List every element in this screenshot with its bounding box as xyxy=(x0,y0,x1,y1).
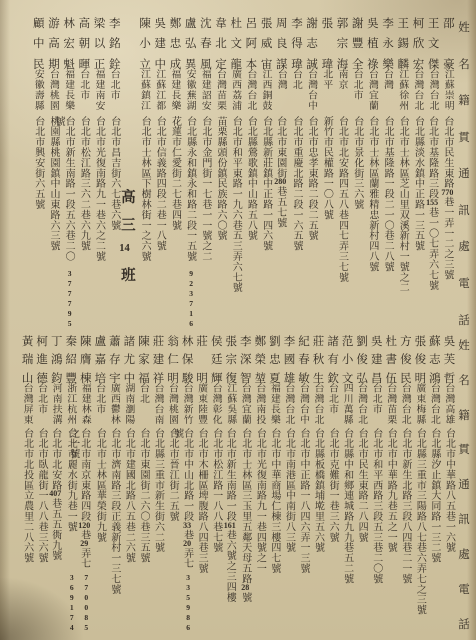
entry-name-char: 謝 xyxy=(301,17,316,29)
entry-name-char: 杜 xyxy=(381,335,396,347)
entry-origin: 廣西荔浦 xyxy=(225,69,240,116)
entry-name-char: 麟 xyxy=(392,58,407,70)
entry-address: 台北市金門街一七巷一一號之二 xyxy=(195,116,210,262)
entry-name-char: 成 xyxy=(164,58,179,70)
entry-name-char: 書 xyxy=(381,353,396,365)
entry-name: 諸尤中 xyxy=(119,335,134,383)
entry-name: 諸有欽 xyxy=(323,335,338,383)
entry-name-char: 郭 xyxy=(331,17,346,29)
entry-origin: 江蘇鎮江 xyxy=(134,69,149,116)
inline-number: 28 xyxy=(241,584,249,592)
entry-origin: 河南扶溝 xyxy=(46,383,61,428)
entry-origin: 四川萬縣 xyxy=(337,383,352,428)
entry-name-char: 方 xyxy=(395,335,410,347)
entry-name-char: 俊 xyxy=(352,353,367,365)
entry-name-char: 文 xyxy=(225,37,240,49)
entry-name-char: 鄭 xyxy=(250,335,265,347)
entry-address: 台北市和平東路一九六巷五三弄六七號 xyxy=(225,116,240,293)
entry-name-char: 德 xyxy=(32,372,47,384)
entry-name: 蕭存宇 xyxy=(104,335,119,383)
header-char: 處 xyxy=(453,548,468,560)
header-char: 電 xyxy=(453,583,468,595)
header-char: 通 xyxy=(453,167,468,179)
entry-name-char: 劉 xyxy=(352,335,367,347)
entry-name-char: 忠 xyxy=(164,37,179,49)
directory-entry: 林保駿台灣新竹台北市中山北路一段33巷20弄七號335986 xyxy=(177,335,192,635)
class-marker-suffix: 班 xyxy=(119,267,134,282)
entry-origin: 台灣台北 xyxy=(352,383,367,428)
entry-name-char: 得 xyxy=(286,37,301,49)
entry-name-char: 祿 xyxy=(362,58,377,70)
entry-name: 杜書伍 xyxy=(381,335,396,383)
entry-name: 高朝暉 xyxy=(73,17,88,69)
entry-name-char: 邵 xyxy=(438,17,453,29)
entry-name-char: 存 xyxy=(104,353,119,365)
inline-number: 407 xyxy=(49,490,61,498)
entry-address: 台北市昌吉街六七巷六號 xyxy=(104,116,119,230)
entry-name: 莊秋生 xyxy=(308,335,323,383)
entry-name-char: 秦 xyxy=(61,335,76,347)
directory-entry: 李永樂台灣台北市基隆路一段二一〇巷二八號 xyxy=(377,17,392,331)
entry-address: 台北市北安路四五八巷四七弄三七號 xyxy=(331,116,346,282)
entry-address: 台北縣三重市三陽路八七巷六弄七之三號 xyxy=(410,428,425,615)
entry-address: 台北市克難街一巷三六號 xyxy=(323,428,338,542)
entry-address: 台北縣淡水鎮中正路一三五號 xyxy=(407,116,422,251)
entry-name: 陳家福 xyxy=(133,335,148,383)
entry-name-char: 國 xyxy=(279,353,294,365)
entry-name-char: 高 xyxy=(43,37,58,49)
entry-origin: 台灣台北 xyxy=(279,383,294,428)
entry-origin: 台灣台北 xyxy=(395,383,410,428)
entry-name-char: 夏 xyxy=(264,372,279,384)
entry-name-char: 鴻 xyxy=(424,372,439,384)
entry-name-char: 宗 xyxy=(331,37,346,49)
entry-name-char: 風 xyxy=(195,58,210,70)
entry-name-char: 駿 xyxy=(177,372,192,384)
entry-origin: 廣東梅縣 xyxy=(410,383,425,428)
entry-name-char: 瑋 xyxy=(286,58,301,70)
entry-name-char: 莊 xyxy=(308,335,323,347)
entry-address: 台北縣中和鄉連城路九九巷五二號 xyxy=(337,428,352,584)
directory-entry: 顧中民安徽壽縣台北市興安街六五號 xyxy=(28,17,43,331)
entry-name-char: 俊 xyxy=(395,353,410,365)
entry-name-char: 建 xyxy=(148,353,163,365)
entry-name-char: 謝 xyxy=(347,17,362,29)
entry-name-char: 紹 xyxy=(61,353,76,365)
entry-name-char: 錫 xyxy=(392,37,407,49)
directory-entry: 張宗復江蘇吳縣台北市新生南路一段161巷六號之三四樓 xyxy=(221,335,236,635)
entry-origin: 北平 xyxy=(316,69,331,116)
entry-name: 郭宗海 xyxy=(331,17,346,69)
header-char: 訊 xyxy=(453,513,468,525)
entry-name-char: 魁 xyxy=(58,58,73,70)
entry-name: 林保駿 xyxy=(177,335,192,383)
directory-band-top: 姓名籍貫通訊處電話邵豪江蘇崇明台北市民生東路770巷一弄一二之三號王文傑台灣台北… xyxy=(28,17,468,331)
entry-name-char: 進 xyxy=(32,353,47,365)
entry-origin: 安徽蕪湖 xyxy=(179,69,194,116)
entry-origin: 台灣高雄 xyxy=(439,383,454,428)
entry-address: 台北市民生東路二八四號 xyxy=(352,428,367,542)
entry-name-char: 有 xyxy=(323,353,338,365)
entry-name: 吳植祿 xyxy=(362,17,377,69)
entry-name-char: 林 xyxy=(58,17,73,29)
entry-name-char: 游 xyxy=(43,17,58,29)
inline-number: 770 xyxy=(441,189,453,197)
directory-entry: 李國雄台灣台北台北市南港區中南街八三號 xyxy=(279,335,294,635)
entry-name-char: 宙 xyxy=(255,58,270,70)
entry-name-char: 朝 xyxy=(73,37,88,49)
directory-entry: 吳建昌台北市台北市和平西路三段五三巷二〇號 xyxy=(366,335,381,635)
entry-address: 台北市中華路九巷五之一號 xyxy=(381,428,396,553)
entry-name-char: 王 xyxy=(392,17,407,29)
entry-name-char: 異 xyxy=(179,58,194,70)
directory-entry: 劉俊弘台灣台北台北市民生東路二八四號 xyxy=(352,335,367,635)
entry-name-char: 春 xyxy=(293,353,308,365)
directory-entry: 邵豪江蘇崇明台北市民生東路770巷一弄一二之三號 xyxy=(438,17,453,331)
entry-name: 邵豪 xyxy=(438,17,453,69)
entry-name-char: 盧 xyxy=(179,17,194,29)
entry-name: 范小文 xyxy=(337,335,352,383)
directory-entry: 王文傑台灣台北台北市基隆路三段155巷一〇七弄六七號 xyxy=(422,17,437,331)
entry-origin: 福建長樂 xyxy=(164,69,179,116)
entry-name: 張威宙 xyxy=(255,17,270,69)
entry-name-char: 雄 xyxy=(279,372,294,384)
entry-origin: 台北 xyxy=(133,383,148,428)
entry-name-char: 榮 xyxy=(250,353,265,365)
entry-name: 吳芙哲 xyxy=(439,335,454,383)
header-char: 貫 xyxy=(453,131,468,143)
entry-name: 周良謀 xyxy=(271,17,286,69)
entry-phone: 335986 xyxy=(177,573,192,635)
entry-name-char: 陳 xyxy=(134,17,149,29)
entry-name: 劉俊弘 xyxy=(352,335,367,383)
entry-name: 謝豐全 xyxy=(347,17,362,69)
entry-name-char: 宏 xyxy=(58,37,73,49)
entry-name-char: 宇 xyxy=(104,372,119,384)
directory-entry: 范小文四川萬縣台北縣中和鄉連城路九九巷五二號 xyxy=(337,335,352,635)
directory-entry: 李得瑋台北台北市重慶北路二段一六五號 xyxy=(286,17,301,331)
entry-name: 韋北定 xyxy=(210,17,225,69)
entry-name: 張瑋 xyxy=(316,17,331,69)
entry-address: 台北市晉江街二五號 xyxy=(163,428,178,522)
entry-name-char: 韋 xyxy=(210,17,225,29)
entry-name-char: 誠 xyxy=(301,58,316,70)
entry-name-char: 生 xyxy=(308,372,323,384)
entry-name-char: 智 xyxy=(235,372,250,384)
entry-name: 謝志誠 xyxy=(301,17,316,69)
entry-name-char: 蘇 xyxy=(424,335,439,347)
entry-name-char: 廷 xyxy=(206,353,221,365)
entry-origin: 台北市 xyxy=(73,69,88,116)
entry-name-char: 周 xyxy=(271,17,286,29)
entry-name: 游高期 xyxy=(43,17,58,69)
entry-origin: 台灣台北 xyxy=(308,383,323,428)
entry-address: 台北市中山北路一段33巷20弄七號 xyxy=(177,428,192,573)
directory-entry: 侯廷輝台灣彰化台北市松江路一八八巷七號 xyxy=(206,335,221,635)
entry-origin: 台灣屏東 xyxy=(17,383,32,428)
entry-address: 台北市士林區芝山里双溪新村一號之二 xyxy=(392,116,407,293)
header-char: 名 xyxy=(453,374,468,386)
entry-origin: 台灣台北 xyxy=(424,383,439,428)
class-marker-char: 三 xyxy=(119,217,134,232)
entry-name-char: 謀 xyxy=(271,58,286,70)
column-header: 姓名籍貫通訊處電話 xyxy=(453,17,468,331)
entry-origin: 台灣台北 xyxy=(422,69,437,116)
directory-entry: 諸尤中湖南瀏陽台北市建國北路八五巷二六號 xyxy=(119,335,134,635)
entry-name: 劉忠夏 xyxy=(264,335,279,383)
entry-name-char: 梁 xyxy=(88,17,103,29)
entry-name-char: 李 xyxy=(235,335,250,347)
entry-name: 李銘銓 xyxy=(104,17,119,69)
entry-name-char: 忠 xyxy=(264,353,279,365)
entry-name-char: 祥 xyxy=(148,372,163,384)
entry-name-char: 北 xyxy=(210,37,225,49)
entry-name-char: 沈 xyxy=(195,17,210,29)
entry-address: 台北縣汐止鎮大同路一三二號 xyxy=(424,428,439,563)
entry-name-char: 明 xyxy=(163,372,178,384)
entry-name-char: 定 xyxy=(210,58,225,70)
entry-name-char: 中 xyxy=(119,372,134,384)
entry-origin: 福建林森 xyxy=(75,383,90,428)
entry-name: 盧嘉培 xyxy=(90,335,105,383)
entry-address: 台北市士林區蘭雅精忠新村四八號 xyxy=(362,116,377,272)
entry-name-char: 吳 xyxy=(149,17,164,29)
entry-name: 秦紹豐 xyxy=(61,335,76,383)
entry-name-char: 鈞 xyxy=(46,372,61,384)
entry-origin: 台北市 xyxy=(32,383,47,428)
entry-name-char: 保 xyxy=(177,353,192,365)
entry-address: 台北縣板橋鎮埔墘里五六號 xyxy=(308,428,323,553)
entry-name: 柯進德 xyxy=(32,335,47,383)
entry-name-char: 建 xyxy=(149,37,164,49)
entry-name-char: 豪 xyxy=(438,58,453,70)
entry-address: 台北市士林區華榮街九號 xyxy=(90,428,105,542)
entry-name-char: 龍 xyxy=(225,58,240,70)
directory-entry: 秦紹豐浙江杭州台北市麗水街九巷一號369174 xyxy=(61,335,76,635)
entry-name-char: 弘 xyxy=(179,37,194,49)
entry-origin: 江西銅鼓 xyxy=(255,69,270,116)
entry-address: 台北市臥龍街一八八巷三六號 xyxy=(32,428,47,563)
entry-name-char: 正 xyxy=(88,58,103,70)
entry-address: 台北市木柵區埤腹路八四巷三號 xyxy=(192,428,207,574)
entry-name-char: 傑 xyxy=(422,58,437,70)
entry-origin: 台灣台中 xyxy=(301,69,316,116)
entry-name-char: 李 xyxy=(377,17,392,29)
entry-name-char: 豐 xyxy=(61,372,76,384)
directory-entry: 陳小立江蘇鎮江台北市士林區下樹林街一之六號 xyxy=(134,17,149,331)
entry-address: 台北市松江路三六二巷六九號 xyxy=(73,116,88,251)
entry-name-char: 小 xyxy=(337,353,352,365)
entry-name-char: 蕭 xyxy=(104,335,119,347)
entry-name-char: 李 xyxy=(279,335,294,347)
entry-name: 鄭忠成 xyxy=(164,17,179,69)
directory-entry: 郭宗海南京台北市北安路四五八巷四七弄三七號 xyxy=(331,17,346,331)
entry-origin: 江蘇崇明 xyxy=(438,69,453,116)
entry-name: 盧弘異 xyxy=(179,17,194,69)
entry-origin: 台灣苗栗 xyxy=(210,69,225,116)
header-char: 通 xyxy=(453,478,468,490)
entry-name-char: 棟 xyxy=(75,372,90,384)
entry-address: 台北市景化街三六號 xyxy=(347,116,362,210)
entry-address: 台北市士林區下樹林街一之六號 xyxy=(134,116,149,262)
entry-address: 新竹市民權路一〇八號 xyxy=(316,116,331,220)
entry-origin: 廣東陸豐 xyxy=(192,383,207,428)
entry-address: 台北縣新莊鎮中正路一四六號 xyxy=(255,116,270,251)
entry-phone: 369174 xyxy=(61,573,76,635)
entry-origin: 台灣桃園 xyxy=(163,383,178,428)
entry-address: 台北市濟南路三段正義新村一三七號 xyxy=(104,428,119,594)
entry-address: 台北市民生東路770巷一弄一二之三號 xyxy=(438,116,453,280)
entry-name-char: 張 xyxy=(410,335,425,347)
directory-entry: 鄭榮堃台灣南投台北市光復南路九一巷四號之一 xyxy=(250,335,265,635)
entry-origin: 台灣苗栗 xyxy=(381,383,396,428)
entry-address: 台北市南港區中南街八三號 xyxy=(279,428,294,553)
entry-address: 台北市基隆路三段155巷一〇七弄六七號 xyxy=(422,116,437,290)
directory-entry: 吳芙哲台灣高雄台北市中華路八五巷一六號 xyxy=(439,335,454,635)
directory-entry: 柯進德台北市台北市臥龍街一八八巷三六號 xyxy=(32,335,47,635)
directory-entry: 莊明廣東陸豐台北市木柵區埤腹路八四巷三號 xyxy=(192,335,207,635)
directory-entry: 李深智台灣宜蘭台北市士林區三玉里五鄰天母五路28號 xyxy=(235,335,250,635)
entry-name-char: 堃 xyxy=(250,372,265,384)
entry-name-char: 李 xyxy=(286,17,301,29)
entry-origin: 福建南安 xyxy=(88,69,103,116)
entry-name-char: 山 xyxy=(17,372,32,384)
entry-origin: 台北 xyxy=(286,69,301,116)
entry-name-char: 吳 xyxy=(366,335,381,347)
entry-origin: 台灣彰化 xyxy=(206,383,221,428)
directory-entry: 黃瑞山台灣屏東台北市北投區立農里二八六號 xyxy=(17,335,32,635)
entry-name: 李國雄 xyxy=(279,335,294,383)
entry-origin: 福建長樂 xyxy=(264,383,279,428)
entry-name-char: 伍 xyxy=(381,372,396,384)
entry-address: 台北市中華路八五巷一六號 xyxy=(439,428,454,553)
entry-name-char: 志 xyxy=(424,353,439,365)
entry-address: 台北市松江路一八八巷七號 xyxy=(206,428,221,553)
entry-origin: 湖南瀏陽 xyxy=(119,383,134,428)
entry-name-char: 柯 xyxy=(407,17,422,29)
entry-name: 杜文龍 xyxy=(225,17,240,69)
entry-name-char: 宏 xyxy=(407,58,422,70)
entry-name-char: 樂 xyxy=(377,58,392,70)
entry-name-char: 范 xyxy=(337,335,352,347)
entry-name-char: 芙 xyxy=(439,353,454,365)
entry-name: 王文傑 xyxy=(422,17,437,69)
directory-entry: 周良謀台灣台北市東園街280巷五七號 xyxy=(271,17,286,331)
entry-address: 台北縣永和鎮永和路二段一五號 xyxy=(179,116,194,262)
header-char: 訊 xyxy=(453,204,468,216)
directory-entry: 游高期台灣桃園桃園縣桃園鎮中山東路六三號 xyxy=(43,17,58,331)
entry-name-char: 張 xyxy=(255,17,270,29)
entry-name: 莊明 xyxy=(192,335,207,383)
inline-number: 280 xyxy=(274,178,286,186)
entry-phone: 377795 xyxy=(58,269,73,331)
entry-origin: 台灣台北 xyxy=(240,69,255,116)
entry-name-char: 鴻 xyxy=(46,353,61,365)
entry-name-char: 敏 xyxy=(293,372,308,384)
entry-origin: 台灣台南 xyxy=(148,383,163,428)
entry-name-char: 俊 xyxy=(410,353,425,365)
entry-name-char: 以 xyxy=(88,37,103,49)
entry-name-char: 深 xyxy=(235,353,250,365)
entry-name-char: 海 xyxy=(331,58,346,70)
entry-name-char: 盧 xyxy=(90,335,105,347)
header-char: 處 xyxy=(453,240,468,252)
entry-name-char: 陳 xyxy=(133,335,148,347)
entry-name: 林宏魁 xyxy=(58,17,73,69)
directory-entry: 莊秋生台灣台北台北縣板橋鎮埔墘里五六號 xyxy=(308,335,323,635)
entry-name: 王錫麟 xyxy=(392,17,407,69)
entry-origin: 江蘇徐州 xyxy=(392,69,407,116)
entry-name-char: 中 xyxy=(149,58,164,70)
header-char: 話 xyxy=(453,314,468,326)
directory-entry: 陳家福台北台北市東園街二六〇巷三五號 xyxy=(133,335,148,635)
entry-address: 台北市麗水街九巷一號 xyxy=(61,428,76,532)
entry-name-char: 鄭 xyxy=(164,17,179,29)
entry-name: 侯廷輝 xyxy=(206,335,221,383)
directory-entry: 林宏魁福建長樂台北市新生南路一段五六巷二〇號377795 xyxy=(58,17,73,331)
entry-address: 台北市忠孝東路二段二五號 xyxy=(301,116,316,241)
entry-address: 台北市中華商場仁棟三樓四七號 xyxy=(264,428,279,574)
entry-name-char: 張 xyxy=(316,17,331,29)
entry-name-char: 顧 xyxy=(28,17,43,29)
column-header: 姓名籍貫通訊處電話 xyxy=(453,335,468,635)
directory-entry: 蕭存宇廣西鬱林台北市濟南路三段正義新村一三七號 xyxy=(104,335,119,635)
entry-origin: 台灣宜蘭 xyxy=(362,69,377,116)
inline-number: 20 xyxy=(183,540,191,548)
entry-origin: 廣西鬱林 xyxy=(104,383,119,428)
entry-name: 翁仁明 xyxy=(163,335,178,383)
entry-address: 台北市興安街六五號 xyxy=(28,116,43,210)
directory-entry: 鄭忠成福建長樂花蓮市仁愛街二七巷四號 xyxy=(164,17,179,331)
entry-name-char: 尤 xyxy=(119,353,134,365)
directory-entry: 張瑋北平新竹市民權路一〇八號 xyxy=(316,17,331,331)
entry-name-char: 欽 xyxy=(323,372,338,384)
entry-name-char: 銓 xyxy=(104,58,119,70)
directory-entry: 盧弘異安徽蕪湖台北縣永和鎮永和路二段一五號923716 xyxy=(179,17,194,331)
entry-name-char: 明 xyxy=(410,372,425,384)
entry-name-char: 柯 xyxy=(32,335,47,347)
entry-address: 台北市中正路一八四六弄一三號 xyxy=(293,428,308,574)
directory-entry: 謝志誠台灣台中台北市忠孝東路二段二五號 xyxy=(301,17,316,331)
entry-name-char: 威 xyxy=(255,37,270,49)
directory-entry: 盧嘉培台北市台北市士林區華榮街九號 xyxy=(90,335,105,635)
inline-number: 155 xyxy=(426,199,438,207)
directory-entry: 吳建中江蘇江都台北市信義路四段二巷一八號 xyxy=(149,17,164,331)
entry-name-char: 林 xyxy=(177,335,192,347)
entry-name-char: 民 xyxy=(395,372,410,384)
entry-name: 莊建祥 xyxy=(148,335,163,383)
entry-name: 張俊明 xyxy=(410,335,425,383)
header-char: 名 xyxy=(453,58,468,70)
directory-entry: 韋北定台灣苗栗苗栗縣頭份鎮民族路六〇號 xyxy=(210,17,225,331)
entry-name-char: 民 xyxy=(28,58,43,70)
entry-origin: 南京 xyxy=(331,69,346,116)
directory-entry: 方俊民台灣台北台北市新生北路三段八四巷二一號 xyxy=(395,335,410,635)
entry-name-char: 永 xyxy=(377,37,392,49)
entry-name-char: 王 xyxy=(422,17,437,29)
entry-name-char: 侯 xyxy=(206,335,221,347)
directory-entry: 劉忠夏福建長樂台北市中華商場仁棟三樓四七號 xyxy=(264,335,279,635)
entry-name-char: 瑞 xyxy=(17,353,32,365)
class-marker: 高三14班 xyxy=(119,17,134,331)
entry-origin: 台灣宜蘭 xyxy=(235,383,250,428)
directory-entry: 吳植祿台灣宜蘭台北市士林區蘭雅精忠新村四八號 xyxy=(362,17,377,331)
directory-entry: 杜文龍廣西荔浦台北市和平東路一九六巷五三弄六七號 xyxy=(225,17,240,331)
entry-address: 台北市新生南路一段161巷六號之三四樓 xyxy=(221,428,236,602)
entry-name-char: 李 xyxy=(104,17,119,29)
inline-number: 29 xyxy=(80,540,88,548)
directory-entry: 李銘銓台北市台北市昌吉街六七巷六號 xyxy=(104,17,119,331)
